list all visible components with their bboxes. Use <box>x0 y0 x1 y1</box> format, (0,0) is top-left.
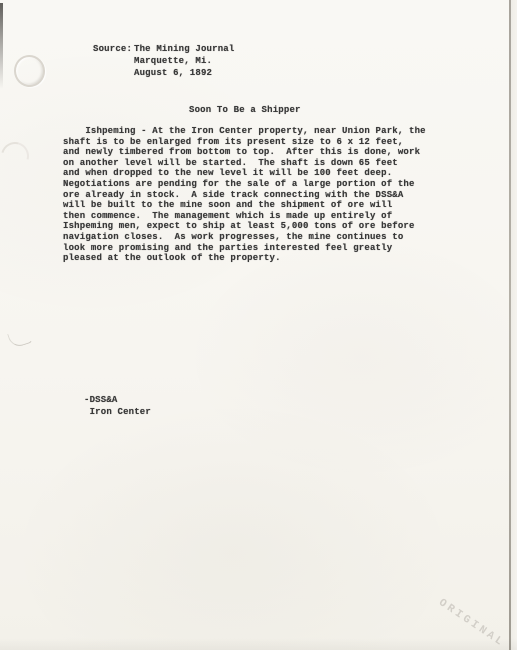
article-body: Ishpeming - At the Iron Center property,… <box>63 126 426 264</box>
page-left-edge-mark <box>0 3 3 89</box>
scanned-document-page: Source: The Mining Journal Marquette, Mi… <box>0 0 517 650</box>
page-bottom-shadow <box>0 638 517 650</box>
source-label: Source: <box>93 43 132 55</box>
index-signoff-block: -DSS&A Iron Center <box>84 395 151 418</box>
pencil-squiggle-mark <box>7 327 33 349</box>
article-title: Soon To Be a Shipper <box>189 104 301 116</box>
page-right-edge-margin <box>511 0 517 650</box>
source-citation-block: The Mining Journal Marquette, Mi. August… <box>134 43 234 79</box>
faint-seal-arc-icon <box>0 137 34 175</box>
embossed-seal-icon <box>11 52 48 90</box>
